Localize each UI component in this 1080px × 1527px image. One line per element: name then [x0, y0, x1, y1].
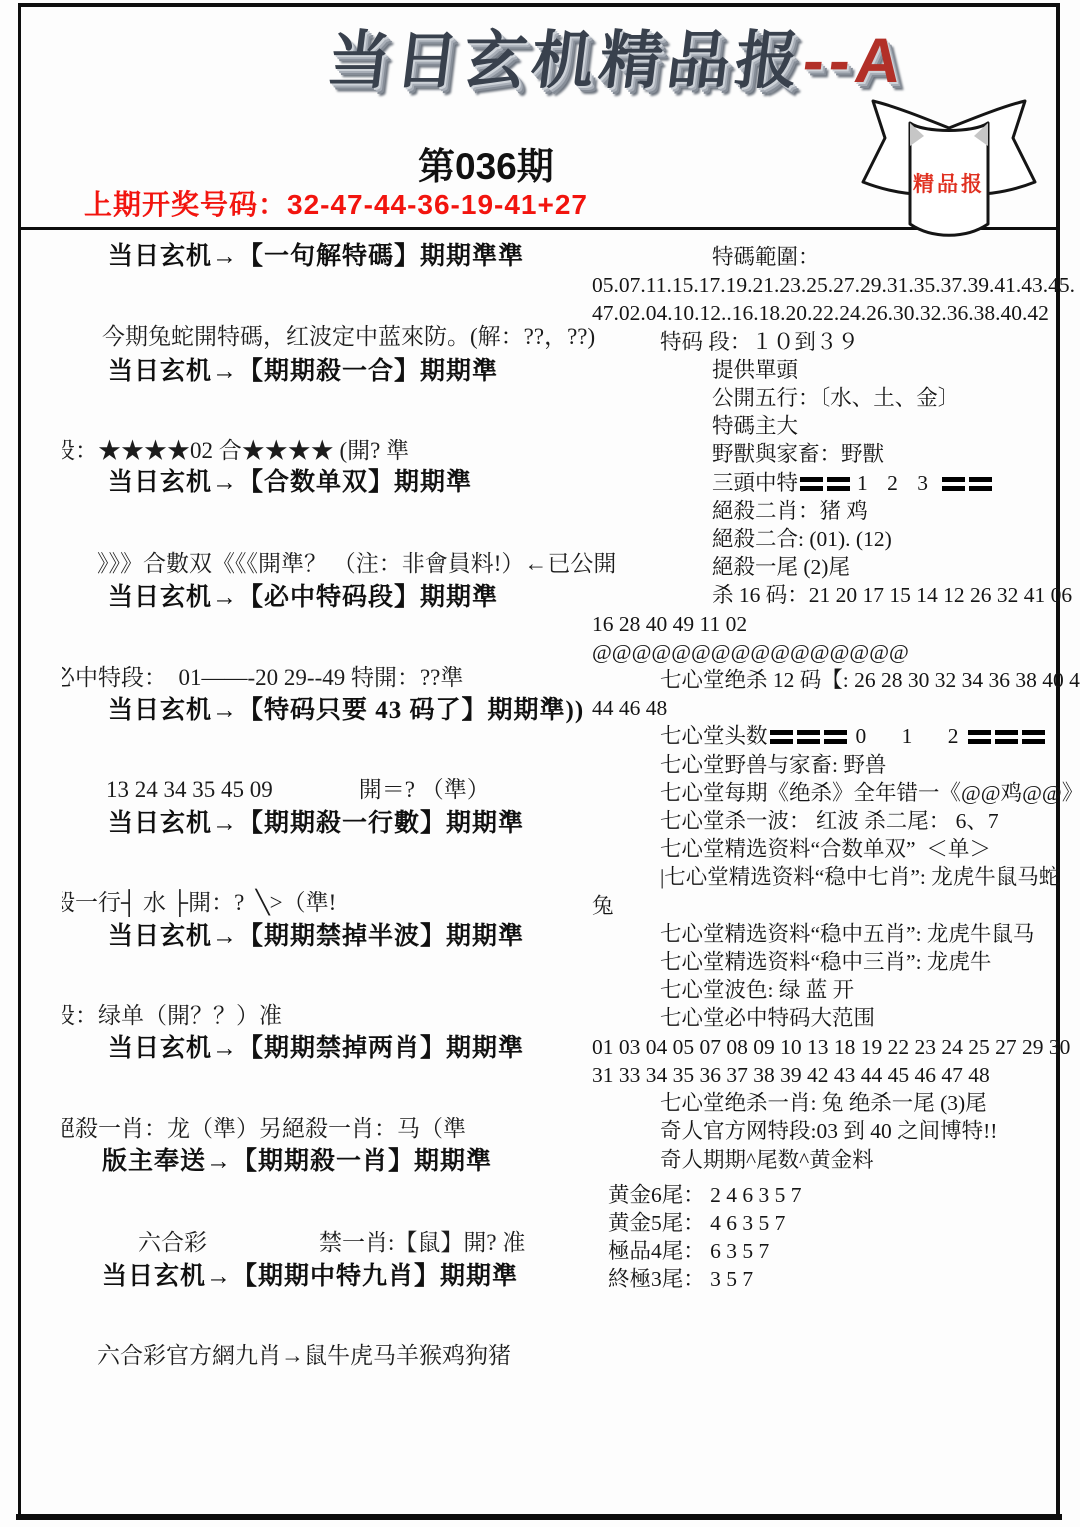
right-line: 特碼主大	[592, 412, 1064, 440]
right-line: 七心堂野兽与家畜: 野兽	[592, 751, 1064, 779]
left-slogan-line: 当日玄机→【一句解特碼】期期準準	[108, 236, 524, 272]
right-line: 47.02.04.10.12..16.18.20.22.24.26.30.32.…	[592, 299, 1064, 327]
left-slogan-line: 当日玄机→【特码只要 43 码了】期期準))	[108, 690, 584, 726]
ribbon-label: 精品报	[913, 172, 985, 196]
masthead-title: 当日玄机精品报--A	[322, 10, 912, 101]
double-bars-icon	[797, 730, 820, 744]
left-slogan-line: 当日玄机→【期期殺一合】期期準	[108, 351, 498, 387]
right-line-heads: 三頭中特1 2 3	[592, 469, 1064, 497]
left-info-text: 中特段： 01——-20 29--49 特開：??準	[75, 665, 463, 690]
double-bars-icon	[770, 730, 793, 744]
right-line: 01 03 04 05 07 08 09 10 13 18 19 22 23 2…	[592, 1033, 1064, 1061]
left-info-line: 段：绿单（開？？）准	[62, 997, 282, 1030]
left-info-line: 殺一行┤ 水 ├開：? ╲>（準!	[62, 884, 336, 917]
left-slogan-line: 当日玄机→【合数单双】期期準	[108, 462, 472, 498]
right-line: 05.07.11.15.17.19.21.23.25.27.29.31.35.3…	[592, 271, 1064, 299]
right-line: 七心堂波色: 绿 蓝 开	[592, 976, 1064, 1004]
left-slogan-line: 当日玄机→【期期禁掉半波】期期準	[108, 916, 524, 952]
right-line: 七心堂必中特码大范围	[592, 1004, 1064, 1032]
left-info-line: 六合彩禁一肖:【鼠】開? 准	[138, 1224, 525, 1257]
right-line: 提供單頭	[592, 356, 1064, 384]
right-line: 公開五行：〔水、土、金〕	[592, 384, 1064, 412]
right-line: 絕殺二合: (01). (12)	[592, 525, 1064, 553]
right-line-prefix: 三頭中特	[712, 471, 798, 495]
right-line: 特码 段：１０到３９	[592, 328, 1064, 356]
right-column: 特碼範圍： 05.07.11.15.17.19.21.23.25.27.29.3…	[592, 243, 1064, 1294]
clipped-character: 段	[62, 997, 75, 1030]
right-line: 七心堂绝杀一肖: 兔 绝杀一尾 (3)尾	[592, 1089, 1064, 1117]
left-info-line: 六合彩官方網九肖→鼠牛虎马羊猴鸡狗猪	[97, 1337, 511, 1370]
right-line: |七心堂精选资料“稳中七肖”: 龙虎牛鼠马蛇	[592, 863, 1064, 891]
right-line: 黄金5尾： 4 6 3 5 7	[592, 1209, 1064, 1237]
left-info-ban: 禁一肖:【鼠】開? 准	[319, 1230, 525, 1255]
clipped-character: 段	[62, 432, 75, 465]
masthead-title-suffix: --A	[799, 26, 910, 96]
issue-number: 第036期	[418, 136, 554, 190]
right-line: 七心堂精选资料“稳中五肖”: 龙虎牛鼠马	[592, 920, 1064, 948]
clipped-character: 絕	[62, 1110, 75, 1143]
right-line-prefix: 七心堂头数	[660, 724, 768, 748]
left-slogan-line: 当日玄机→【期期禁掉两肖】期期準	[108, 1028, 524, 1064]
double-bars-icon	[824, 730, 847, 744]
left-slogan-line: 版主奉送→【期期殺一肖】期期準	[102, 1141, 492, 1177]
double-bars-icon	[800, 477, 823, 491]
bottom-border-line	[16, 1514, 1062, 1520]
previous-draw-numbers: 上期开奖号码：32-47-44-36-19-41+27	[84, 183, 588, 223]
left-info-text: 一行┤ 水 ├開：? ╲>（準!	[75, 890, 336, 915]
left-slogan-line: 当日玄机→【期期殺一行數】期期準	[108, 803, 524, 839]
right-line: 奇人官方网特段:03 到 40 之间博特!!	[592, 1117, 1064, 1145]
right-line: 七心堂绝杀 12 码【: 26 28 30 32 34 36 38 40 42	[592, 666, 1064, 694]
double-bars-icon	[942, 477, 965, 491]
left-info-line: 13 24 34 35 45 09開＝? （準）	[106, 771, 490, 804]
right-line: 七心堂精选资料“合数单双” ＜单＞	[592, 835, 1064, 863]
left-info-line: 必中特段： 01——-20 29--49 特開：??準	[62, 659, 463, 692]
lottery-tip-sheet-page: 当日玄机精品报--A 第036期 上期开奖号码：32-47-44-36-19-4…	[0, 0, 1080, 1527]
right-line: 特碼範圍：	[592, 243, 1064, 271]
right-line-heads: 七心堂头数0 1 2	[592, 722, 1064, 750]
right-line: 44 46 48	[592, 694, 1064, 722]
top-border-line	[18, 3, 1060, 7]
right-line: 杀 16 码：21 20 17 15 14 12 26 32 41 06	[592, 581, 1064, 609]
double-bars-icon	[827, 477, 850, 491]
left-info-numbers: 13 24 34 35 45 09	[106, 777, 273, 802]
masthead-title-main: 当日玄机精品报	[323, 26, 808, 96]
left-info-result: 開＝? （準）	[359, 777, 490, 802]
left-info-line: 》》》合數双《《《開準？ （注：非會員料!）←已公開	[97, 545, 616, 578]
left-info-text: 殺一肖：龙（準）另絕殺一肖：马（準	[75, 1116, 466, 1141]
right-line-mid: 0 1 2	[849, 724, 966, 748]
right-line: 兔	[592, 892, 1064, 920]
left-slogan-line: 当日玄机→【必中特码段】期期準	[108, 577, 498, 613]
double-bars-icon	[995, 730, 1018, 744]
right-line: 終極3尾： 3 5 7	[592, 1265, 1064, 1293]
right-line: 七心堂杀一波： 红波 杀二尾： 6、7	[592, 807, 1064, 835]
double-bars-icon	[968, 730, 991, 744]
clipped-character: 必	[62, 659, 75, 692]
right-line: 奇人期期^尾数^黄金料	[592, 1146, 1064, 1174]
left-info-line: 絕殺一肖：龙（準）另絕殺一肖：马（準	[62, 1110, 466, 1143]
clipped-character: 殺	[62, 884, 75, 917]
left-info-lottery: 六合彩	[138, 1230, 207, 1255]
left-border-line	[18, 3, 21, 1519]
double-bars-icon	[969, 477, 992, 491]
left-info-text: ：★★★★02 合★★★★ (開? 準	[75, 438, 409, 463]
right-line: 16 28 40 49 11 02	[592, 610, 1064, 638]
left-info-line: 段：★★★★02 合★★★★ (開? 準	[62, 432, 409, 465]
ribbon-badge: 精品报	[846, 96, 1052, 246]
right-line: 31 33 34 35 36 37 38 39 42 43 44 45 46 4…	[592, 1061, 1064, 1089]
double-bars-icon	[1022, 730, 1045, 744]
right-line: 極品4尾： 6 3 5 7	[592, 1237, 1064, 1265]
left-slogan-line: 当日玄机→【期期中特九肖】期期準	[102, 1256, 518, 1292]
right-line: 七心堂精选资料“稳中三肖”: 龙虎牛	[592, 948, 1064, 976]
right-line: @@@@@@@@@@@@@@@@	[592, 638, 1064, 666]
left-info-line: 今期兔蛇開特碼，红波定中蓝來防。(解：??，??)	[102, 318, 595, 351]
right-line: 七心堂每期《绝杀》全年错一《@@鸡@@》	[592, 779, 1064, 807]
left-info-text: ：绿单（開？？）准	[75, 1003, 282, 1028]
right-line: 黄金6尾： 2 4 6 3 5 7	[592, 1181, 1064, 1209]
right-line: 野獸與家畜：野獸	[592, 440, 1064, 468]
right-line-mid: 1 2 3	[852, 471, 940, 495]
right-line: 絕殺二肖：猪 鸡	[592, 497, 1064, 525]
right-line: 絕殺一尾 (2)尾	[592, 553, 1064, 581]
